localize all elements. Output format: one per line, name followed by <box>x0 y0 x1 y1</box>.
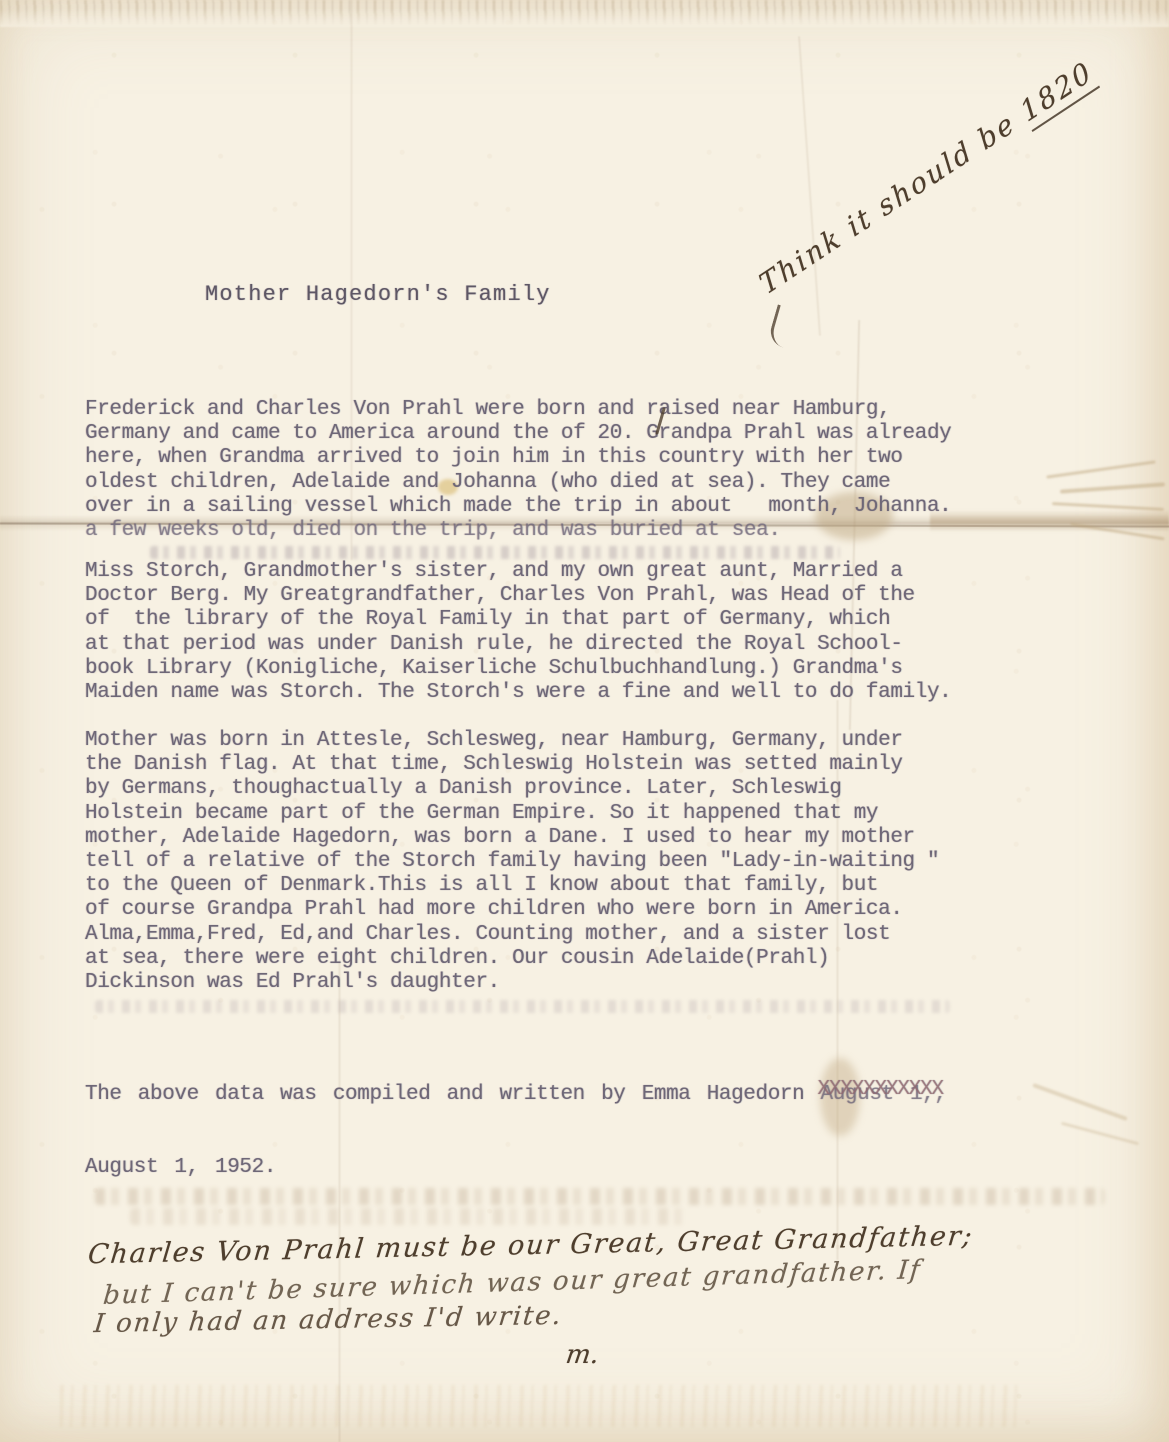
typed-x-strikeout: XXXXXXXXXXX <box>818 1078 943 1102</box>
ghost-text-band-lower <box>95 1000 950 1013</box>
typed-paragraph-3: Mother was born in Attesle, Schlesweg, n… <box>85 729 939 995</box>
ghost-text-band-upper <box>150 546 840 559</box>
typed-paragraph-1-faded-line: a few weeks old, died on the trip, and w… <box>85 519 781 543</box>
handwritten-signature: m. <box>564 1340 601 1370</box>
closing-line-1: The above data was compiled and written … <box>85 1083 947 1107</box>
typed-paragraph-1: Frederick and Charles Von Prahl were bor… <box>85 398 951 519</box>
typed-paragraph-2: Miss Storch, Grandmother's sister, and m… <box>85 560 951 705</box>
closing-struck-wrap: August 1,,XXXXXXXXXXX <box>821 1083 947 1107</box>
page-title: Mother Hagedorn's Family <box>205 283 551 307</box>
bleed-through-band-bottom <box>60 1385 1020 1427</box>
bleed-through-band-2 <box>130 1208 690 1225</box>
scanned-document-page: Mother Hagedorn's Family Frederick and C… <box>0 0 1169 1442</box>
bleed-through-band-1 <box>95 1188 1105 1205</box>
top-edge-wear <box>0 0 1169 27</box>
fold-crease-horizontal-right <box>930 510 1169 532</box>
closing-prefix: The above data was compiled and written … <box>85 1083 821 1106</box>
closing-date-line: August 1, 1952. <box>85 1156 947 1180</box>
